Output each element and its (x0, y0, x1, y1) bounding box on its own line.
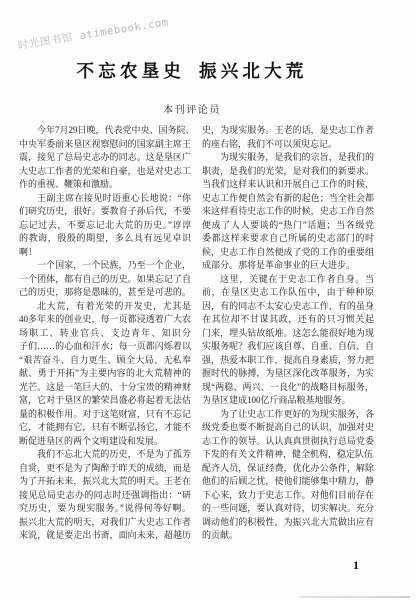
text-line: 在其位却不甘谋其政，还有的只习惯关起 (202, 313, 374, 327)
text-line: 前，在垦区史志工作队伍中，由于种种原 (202, 286, 374, 300)
text-line: 下发的有关文件精神，健全机构，稳定队伍， (202, 448, 374, 462)
text-line: 子们……的心血和汗水；每一页都闪烁着以 (19, 340, 191, 354)
text-line: 下心来，致力于史志工作。对他们目前存在 (202, 489, 374, 503)
text-line: 候，史志工作自然便成了党的工作的重要组 (202, 246, 374, 260)
text-line: 的贡献。 (202, 529, 374, 543)
title-part-1: 不忘农垦史 (77, 62, 186, 82)
byline: 本刊评论员 (0, 101, 384, 116)
text-line: 震，接见了总局史志办的同志。这是垦区广 (19, 151, 191, 165)
text-line: 当我们这样来认识和开展自己工作的时候， (202, 178, 374, 192)
text-line: 我们不忘北大荒的历史，不是为了孤芳 (19, 448, 191, 462)
text-line: 便成了人人要谈的“热门”话题；当各级党 (202, 219, 374, 233)
text-line: 成部分。那将是革命事业的巨大进步。 (202, 259, 374, 273)
text-line: 门来，埋头钻故纸堆。这怎么能很好地为现 (202, 327, 374, 341)
text-line: 自赏，更不是为了陶醉于昨天的成绩，而是 (19, 462, 191, 476)
text-line: 因，有的同志不太安心史志工作，有的虽身 (202, 300, 374, 314)
page-number: 1 (353, 558, 359, 573)
text-line: 场职工、转业官兵、支边青年、知识分 (19, 327, 191, 341)
text-line: 来这样看待史志工作的时候，史志工作自然 (202, 205, 374, 219)
text-line: 实服务呢？我们应该自尊、自重、自信、自 (202, 340, 374, 354)
text-line: 的一些问题，要认真对待，切实解决。充分 (202, 502, 374, 516)
text-line: 级党委也要不断提高自己的认识，加强对史 (202, 421, 374, 435)
watermark: 时光图书馆 atimebook.com (17, 14, 170, 53)
text-line: 史，为现实服务。王老的话，是史志工作者 (202, 124, 374, 138)
text-line: 啊！ (19, 246, 191, 260)
text-line: 现“两稳、两兴、一良化”的战略目标服务， (202, 381, 374, 395)
text-line: 握时代的脉搏，为垦区深化改革服务，为实 (202, 367, 374, 381)
text-line: 忘记过去，不要忘记北大荒的历史。”谆谆 (19, 219, 191, 233)
text-line: 的教诲，殷殷的期望，多么具有远见卓识 (19, 232, 191, 246)
text-line: 为现实服务，是我们的宗旨，是我们的 (202, 151, 374, 165)
text-line: 来说，就是要走出书斋，面向未来，超越历 (19, 529, 191, 543)
text-line: “艰苦奋斗、自力更生、顾全大局、无私奉 (19, 354, 191, 368)
scan-edge-mark (300, 596, 410, 598)
article-title: 不忘农垦史振兴北大荒 (0, 58, 384, 83)
text-line: 王副主席在接见时语重心长地说：“你 (19, 192, 191, 206)
text-line: 为了开拓未来，振兴北大荒的明天。王老在 (19, 475, 191, 489)
text-line: 史志工作便自然会有新的起色；当全社会都 (202, 192, 374, 206)
text-line: 的座右铭，我们不可以须臾忘记。 (202, 138, 374, 152)
text-line: 作的重视、鞭策和激励。 (19, 178, 191, 192)
text-line: 献、勇于开拓”为主要内容的北大荒精神的 (19, 367, 191, 381)
text-line: 量的积极作用。对于这笔财富，只有不忘记 (19, 408, 191, 422)
document-page: 时光图书馆 atimebook.com 不忘农垦史振兴北大荒 本刊评论员 今年7… (0, 0, 416, 600)
text-line: 富，它对于垦区的繁荣昌盛必将起着无法估 (19, 394, 191, 408)
right-column: 史，为现实服务。王老的话，是史志工作者 的座右铭，我们不可以须臾忘记。 为现实服… (202, 124, 374, 543)
title-part-2: 振兴北大荒 (199, 62, 308, 82)
text-line: 调动他们的积极性，为振兴北大荒做出应有 (202, 516, 374, 530)
text-line: 委都这样来要求自己所属的史志部门的时 (202, 232, 374, 246)
text-line: 它，才能拥有它，只有不断弘扬它，才能不 (19, 421, 191, 435)
text-line: 断促进垦区的两个文明建设和发展。 (19, 435, 191, 449)
text-line: 究历史，要为现实服务。”说得何等好啊。 (19, 502, 191, 516)
text-line: 职责，是我们的光荣，是对我们的新要求。 (202, 165, 374, 179)
text-line: 接见总局史志办的同志时还强调指出：“研 (19, 489, 191, 503)
text-line: 今年7月29日晚，代表党中央、国务院、 (19, 124, 191, 138)
text-line: 己的历史，那将是愚昧的，甚至是可悲的。 (19, 286, 191, 300)
text-line: 为垦区建成100亿斤商品粮基地服务。 (202, 394, 374, 408)
text-line: 配齐人员，保证经费，优化办公条件，解除 (202, 462, 374, 476)
text-line: 北大荒，有着光荣的开发史，尤其是 (19, 300, 191, 314)
text-line: 这里，关键在于史志工作者自身。当 (202, 273, 374, 287)
left-column: 今年7月29日晚，代表党中央、国务院、 中央军委前来垦区视察慰问的国家副主席王 … (19, 124, 191, 543)
text-line: 振兴北大荒的明天，对我们广大史志工作者 (19, 516, 191, 530)
text-line: 光芒。这是一笔巨大的、十分宝贵的精神财 (19, 381, 191, 395)
text-line: 为了让史志工作更好的为现实服务，各 (202, 408, 374, 422)
text-line: 中央军委前来垦区视察慰问的国家副主席王 (19, 138, 191, 152)
text-line: 他们的后顾之忧，使他们能够集中精力，静 (202, 475, 374, 489)
text-line: 一个国家，一个民族，乃至一个企业， (19, 259, 191, 273)
text-line: 强，热爱本职工作，提高自身素质，努力把 (202, 354, 374, 368)
text-line: 们研究历史，很好。要教育子孙后代，不要 (19, 205, 191, 219)
text-line: 大史志工作者的光荣和自豪，也是对史志工 (19, 165, 191, 179)
text-line: 志工作的领导。认认真真贯彻执行总局党委 (202, 435, 374, 449)
text-line: 40多年来的创业史，每一页都浸透着广大农 (19, 313, 191, 327)
text-line: 一个团体，都有自己的历史。如果忘记了自 (19, 273, 191, 287)
